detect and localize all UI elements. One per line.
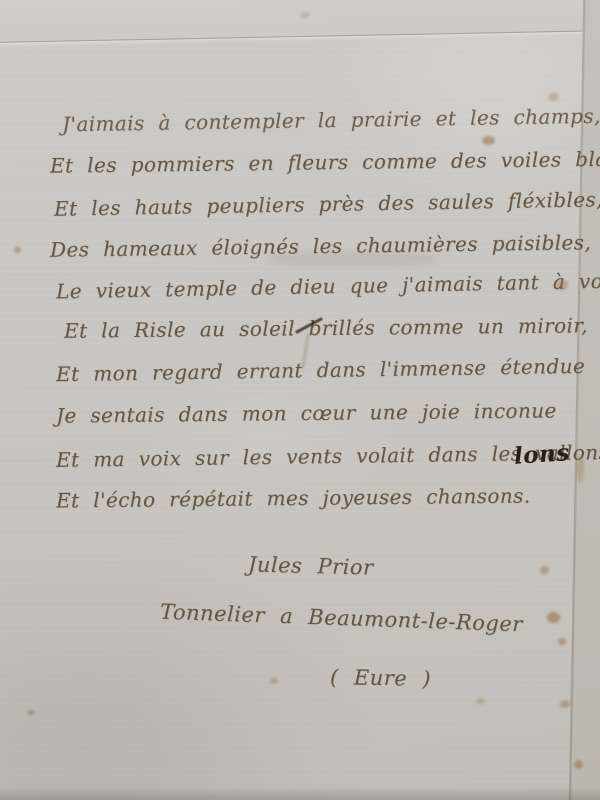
poem-line: Et l'écho répétait mes joyeuses chansons… <box>56 484 531 513</box>
signature-occupation-location: Tonnelier a Beaumont-le-Roger <box>160 600 524 637</box>
manuscript-page-photo: J'aimais à contempler la prairie et les … <box>0 0 600 800</box>
signature-name: Jules Prior <box>248 552 374 579</box>
poem-line: Des hameaux éloignés les chaumières pais… <box>50 230 591 262</box>
stain <box>14 247 21 253</box>
stain <box>540 566 549 574</box>
stain <box>558 638 566 645</box>
stain <box>560 700 570 708</box>
poem-line: Et les pommiers en fleurs comme des voil… <box>50 146 600 177</box>
paper-fold-strip <box>0 0 600 43</box>
poem-line: Et les hauts peupliers près des saules f… <box>54 187 600 221</box>
bottom-page-shadow <box>0 786 600 800</box>
poem-line: Et la Risle au soleil brillés comme un m… <box>64 313 588 342</box>
stain <box>548 93 559 101</box>
ink-overwrite-word: lons <box>513 439 570 470</box>
stain <box>300 12 310 18</box>
poem-line: Je sentais dans mon cœur une joie inconu… <box>56 398 557 427</box>
signature-department: ( Eure ) <box>330 665 431 691</box>
stain <box>482 136 495 145</box>
stain <box>476 698 485 704</box>
poem-line: J'aimais à contempler la prairie et les … <box>62 104 600 136</box>
poem-line: Le vieux temple de dieu que j'aimais tan… <box>56 269 600 304</box>
poem-line: Et mon regard errant dans l'immense éten… <box>56 354 585 386</box>
stain <box>28 710 34 715</box>
stain <box>270 678 278 684</box>
stain <box>577 455 584 483</box>
stain <box>574 760 583 769</box>
stain <box>547 612 560 623</box>
stain <box>556 280 568 290</box>
